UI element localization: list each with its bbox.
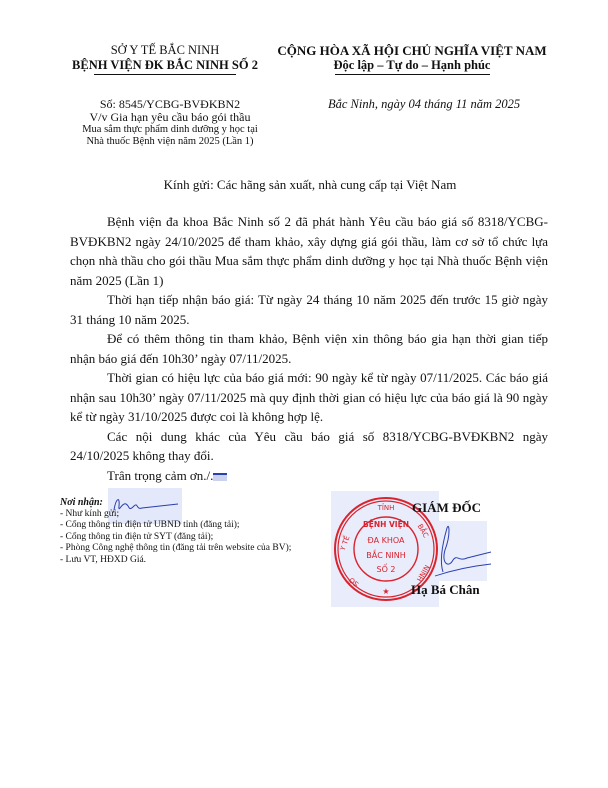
recipients-title: Nơi nhận: (60, 497, 340, 509)
recipient-item: - Như kính gửi; (60, 509, 340, 521)
letter-body: Bệnh viện đa khoa Bắc Ninh số 2 đã phát … (70, 212, 548, 485)
closing-text: Trân trọng cảm ơn./. (107, 468, 213, 483)
document-reference: Số: 8545/YCBG-BVĐKBN2 V/v Gia hạn yêu cầ… (40, 98, 300, 148)
paragraph: Để có thêm thông tin tham khảo, Bệnh việ… (70, 329, 548, 368)
initial-mark-icon (213, 473, 227, 481)
motto-underline (335, 74, 490, 75)
signer-name: Hạ Bá Chân (411, 582, 480, 598)
country-name: CỘNG HÒA XÃ HỘI CHỦ NGHĨA VIỆT NAM (262, 43, 562, 58)
paragraph: Thời gian có hiệu lực của báo giá mới: 9… (70, 368, 548, 427)
document-subject-detail: Mua sắm thực phẩm dinh dưỡng y học tại (40, 124, 300, 136)
closing-paragraph: Trân trọng cảm ơn./. (70, 466, 548, 486)
seal-line: BẮC NINH (366, 548, 405, 560)
signer-role: GIÁM ĐỐC (412, 500, 481, 516)
paragraph: Thời hạn tiếp nhận báo giá: Từ ngày 24 t… (70, 290, 548, 329)
signature-icon (433, 520, 493, 582)
recipient-item: - Cổng thông tin điện tử SYT (đăng tải); (60, 532, 340, 544)
national-header: CỘNG HÒA XÃ HỘI CHỦ NGHĨA VIỆT NAM Độc l… (262, 43, 562, 75)
paragraph: Các nội dung khác của Yêu cầu báo giá số… (70, 427, 548, 466)
hospital-name: BỆNH VIỆN ĐK BẮC NINH SỐ 2 (40, 58, 290, 73)
issuer-header: SỞ Y TẾ BẮC NINH BỆNH VIỆN ĐK BẮC NINH S… (40, 43, 290, 75)
document-subject-detail: Nhà thuốc Bệnh viện năm 2025 (Lần 1) (40, 136, 300, 148)
seal-outer-text: TỈNH (377, 503, 395, 512)
seal-line: BỆNH VIỆN (363, 520, 409, 529)
document-subject: V/v Gia hạn yêu cầu báo gói thầu (40, 111, 300, 124)
header-underline (94, 74, 236, 75)
recipient-item: - Cổng thông tin điện tử UBND tỉnh (đăng… (60, 520, 340, 532)
department-name: SỞ Y TẾ BẮC NINH (40, 43, 290, 58)
recipients-list: Nơi nhận: - Như kính gửi; - Cổng thông t… (60, 497, 340, 566)
seal-line: ĐA KHOA (368, 536, 405, 545)
seal-outer-text: NINH (415, 563, 431, 582)
greeting: Kính gửi: Các hãng sản xuất, nhà cung cấ… (60, 177, 560, 193)
issue-date: Bắc Ninh, ngày 04 tháng 11 năm 2025 (328, 97, 520, 112)
national-motto: Độc lập – Tự do – Hạnh phúc (262, 58, 562, 73)
seal-line: SỐ 2 (376, 562, 395, 574)
recipient-item: - Phòng Công nghệ thông tin (đăng tải tr… (60, 543, 340, 555)
seal-outer-text: BẮC (416, 522, 432, 540)
recipient-item: - Lưu VT, HĐXD Giá. (60, 555, 340, 567)
paragraph: Bệnh viện đa khoa Bắc Ninh số 2 đã phát … (70, 212, 548, 290)
seal-star-icon: ★ (382, 587, 389, 596)
